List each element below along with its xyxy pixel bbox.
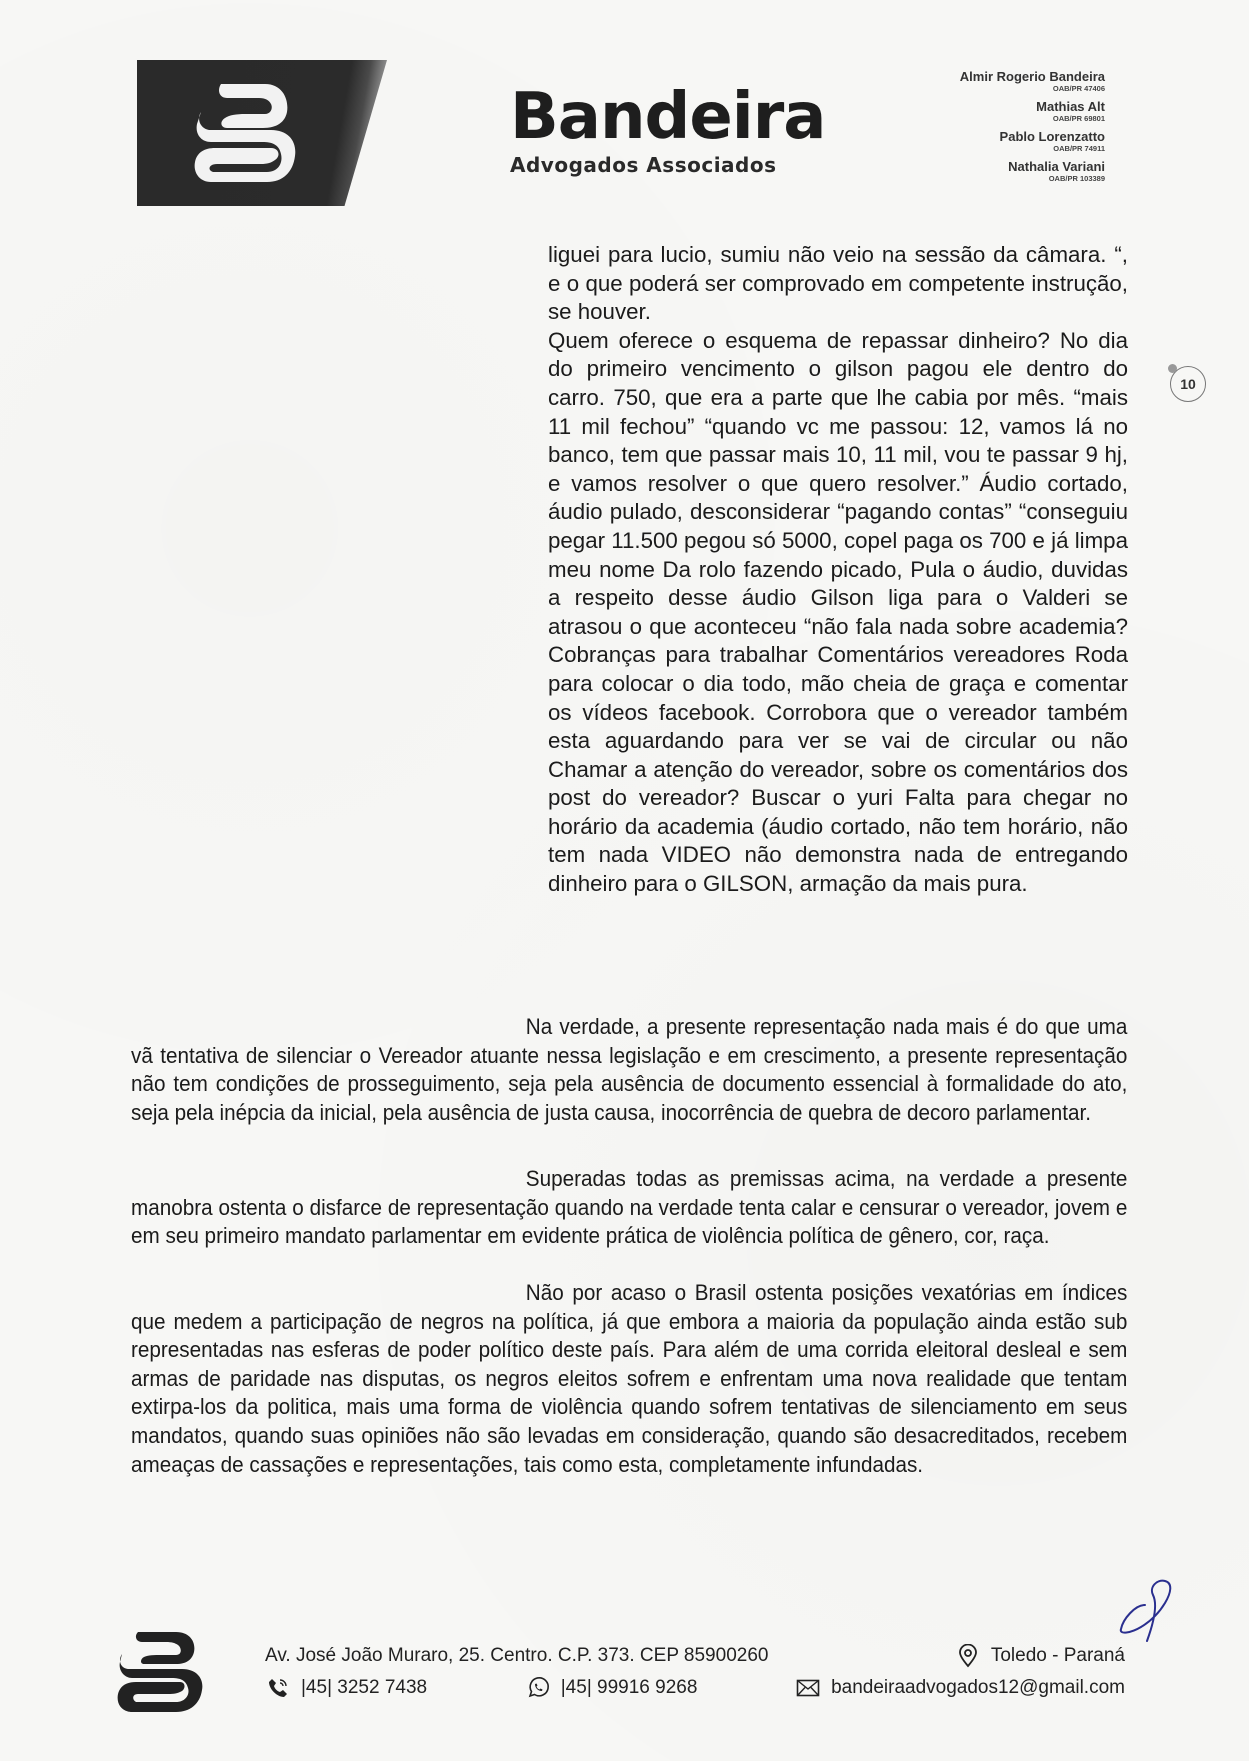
lawyer-name: Nathalia Variani — [960, 160, 1105, 174]
paragraph-text: Superadas todas as premissas acima, na v… — [131, 1165, 1127, 1251]
lawyer-entry: Mathias Alt OAB/PR 69801 — [960, 100, 1105, 123]
lawyer-oab: OAB/PR 69801 — [960, 114, 1105, 123]
quoted-transcript: liguei para lucio, sumiu não veio na ses… — [548, 241, 1128, 899]
header-logo — [137, 60, 387, 206]
brand: Bandeira Advogados Associados — [510, 85, 825, 177]
brand-subtitle: Advogados Associados — [510, 153, 825, 177]
lawyer-oab: OAB/PR 103389 — [960, 174, 1105, 183]
lawyer-list: Almir Rogerio Bandeira OAB/PR 47406 Math… — [960, 70, 1105, 190]
lawyer-name: Almir Rogerio Bandeira — [960, 70, 1105, 84]
body-paragraph: Não por acaso o Brasil ostenta posições … — [131, 1279, 1127, 1479]
lawyer-name: Mathias Alt — [960, 100, 1105, 114]
lawyer-entry: Nathalia Variani OAB/PR 103389 — [960, 160, 1105, 183]
footer-phone-text: |45| 3252 7438 — [301, 1677, 427, 1699]
envelope-icon — [795, 1675, 821, 1701]
paragraph-text: Na verdade, a presente representação nad… — [131, 1013, 1127, 1127]
page-number-stamp: 10 — [1170, 366, 1206, 402]
handwritten-signature — [1115, 1575, 1185, 1645]
footer-address: Av. José João Muraro, 25. Centro. C.P. 3… — [265, 1645, 768, 1667]
stylized-b-logo-icon — [187, 82, 307, 186]
lawyer-name: Pablo Lorenzatto — [960, 130, 1105, 144]
quote-paragraph: Quem oferece o esquema de repassar dinhe… — [548, 327, 1128, 899]
body-paragraph: Na verdade, a presente representação nad… — [131, 1013, 1127, 1127]
footer-address-row: Av. José João Muraro, 25. Centro. C.P. 3… — [265, 1640, 1125, 1672]
paragraph-text: Não por acaso o Brasil ostenta posições … — [131, 1279, 1127, 1479]
footer-contact: Av. José João Muraro, 25. Centro. C.P. 3… — [265, 1640, 1125, 1704]
whatsapp-icon — [525, 1675, 551, 1701]
lawyer-entry: Pablo Lorenzatto OAB/PR 74911 — [960, 130, 1105, 153]
footer-whatsapp: |45| 99916 9268 — [525, 1675, 698, 1701]
footer-city-text: Toledo - Paraná — [991, 1645, 1125, 1667]
quote-paragraph: liguei para lucio, sumiu não veio na ses… — [548, 241, 1128, 327]
lawyer-oab: OAB/PR 47406 — [960, 84, 1105, 93]
footer-city: Toledo - Paraná — [955, 1643, 1125, 1669]
footer-phone: |45| 3252 7438 — [265, 1675, 427, 1701]
footer-contact-row: |45| 3252 7438 |45| 99916 9268 bandeiraa… — [265, 1672, 1125, 1704]
footer-logo-icon — [114, 1628, 206, 1714]
map-pin-icon — [955, 1643, 981, 1669]
footer-whatsapp-text: |45| 99916 9268 — [561, 1677, 698, 1699]
lawyer-entry: Almir Rogerio Bandeira OAB/PR 47406 — [960, 70, 1105, 93]
lawyer-oab: OAB/PR 74911 — [960, 144, 1105, 153]
footer-email-text[interactable]: bandeiraadvogados12@gmail.com — [831, 1677, 1125, 1699]
phone-icon — [265, 1675, 291, 1701]
footer-email: bandeiraadvogados12@gmail.com — [795, 1675, 1125, 1701]
body-paragraph: Superadas todas as premissas acima, na v… — [131, 1165, 1127, 1251]
brand-name: Bandeira — [510, 85, 825, 149]
